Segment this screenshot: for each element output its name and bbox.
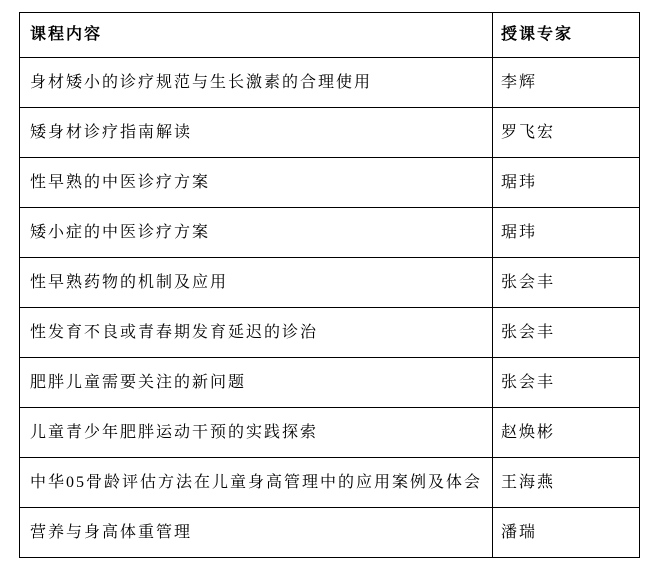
table-row: 肥胖儿童需要关注的新问题 张会丰: [20, 358, 640, 408]
expert-cell: 赵焕彬: [493, 408, 640, 458]
column-header-course: 课程内容: [20, 13, 493, 58]
course-cell: 性发育不良或青春期发育延迟的诊治: [20, 308, 493, 358]
table-row: 性早熟药物的机制及应用 张会丰: [20, 258, 640, 308]
expert-cell: 张会丰: [493, 358, 640, 408]
table-row: 矮身材诊疗指南解读 罗飞宏: [20, 108, 640, 158]
table-row: 身材矮小的诊疗规范与生长激素的合理使用 李辉: [20, 58, 640, 108]
expert-cell: 琚玮: [493, 208, 640, 258]
table-row: 中华05骨龄评估方法在儿童身高管理中的应用案例及体会 王海燕: [20, 458, 640, 508]
course-cell: 身材矮小的诊疗规范与生长激素的合理使用: [20, 58, 493, 108]
course-cell: 肥胖儿童需要关注的新问题: [20, 358, 493, 408]
expert-cell: 李辉: [493, 58, 640, 108]
expert-cell: 张会丰: [493, 308, 640, 358]
column-header-expert: 授课专家: [493, 13, 640, 58]
table-row: 儿童青少年肥胖运动干预的实践探索 赵焕彬: [20, 408, 640, 458]
expert-cell: 张会丰: [493, 258, 640, 308]
expert-cell: 王海燕: [493, 458, 640, 508]
expert-cell: 潘瑞: [493, 508, 640, 558]
expert-cell: 罗飞宏: [493, 108, 640, 158]
table-row: 性发育不良或青春期发育延迟的诊治 张会丰: [20, 308, 640, 358]
course-cell: 营养与身高体重管理: [20, 508, 493, 558]
course-schedule-table: 课程内容 授课专家 身材矮小的诊疗规范与生长激素的合理使用 李辉 矮身材诊疗指南…: [19, 12, 640, 558]
table-row: 营养与身高体重管理 潘瑞: [20, 508, 640, 558]
course-cell: 矮身材诊疗指南解读: [20, 108, 493, 158]
table-header-row: 课程内容 授课专家: [20, 13, 640, 58]
course-cell: 中华05骨龄评估方法在儿童身高管理中的应用案例及体会: [20, 458, 493, 508]
course-cell: 性早熟药物的机制及应用: [20, 258, 493, 308]
course-schedule-table-container: 课程内容 授课专家 身材矮小的诊疗规范与生长激素的合理使用 李辉 矮身材诊疗指南…: [19, 12, 640, 558]
course-cell: 矮小症的中医诊疗方案: [20, 208, 493, 258]
course-cell: 儿童青少年肥胖运动干预的实践探索: [20, 408, 493, 458]
expert-cell: 琚玮: [493, 158, 640, 208]
table-row: 矮小症的中医诊疗方案 琚玮: [20, 208, 640, 258]
course-cell: 性早熟的中医诊疗方案: [20, 158, 493, 208]
table-row: 性早熟的中医诊疗方案 琚玮: [20, 158, 640, 208]
